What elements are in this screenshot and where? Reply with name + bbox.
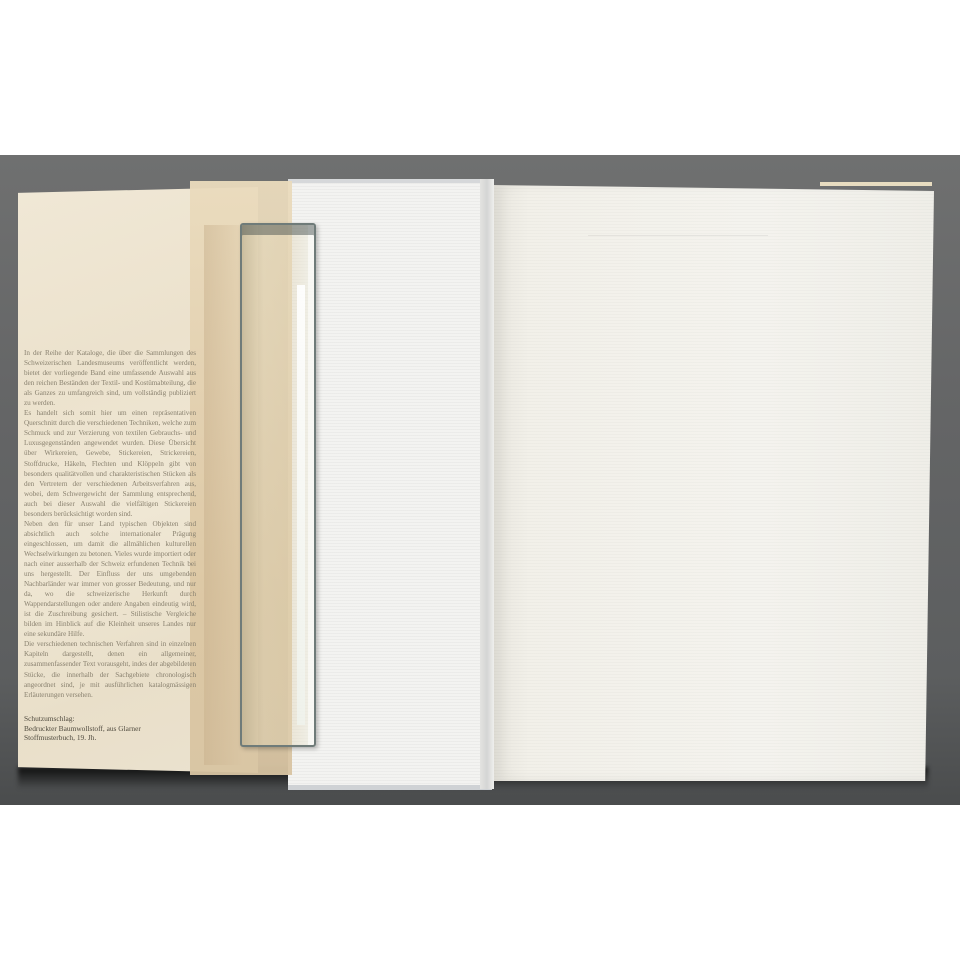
dust-jacket-fold-shade xyxy=(204,225,244,765)
page-edge xyxy=(820,182,932,186)
flap-paragraph: Es handelt sich somit hier um einen repr… xyxy=(24,408,196,519)
caption-line: Bedruckter Baumwollstoff, aus Glarner xyxy=(24,724,194,734)
cover-hinge xyxy=(480,179,494,789)
inside-front-cover xyxy=(288,179,492,790)
glass-ruler-highlight xyxy=(297,285,305,725)
flap-paragraph: Die verschiedenen technischen Verfahren … xyxy=(24,639,196,699)
caption-label: Schutzumschlag: xyxy=(24,714,194,724)
caption-line: Stoffmusterbuch, 19. Jh. xyxy=(24,733,194,743)
endpaper-crease xyxy=(588,235,768,236)
book-photo: In der Reihe der Kataloge, die über die … xyxy=(0,155,960,805)
flap-paragraph: In der Reihe der Kataloge, die über die … xyxy=(24,348,196,408)
flap-caption: Schutzumschlag: Bedruckter Baumwollstoff… xyxy=(24,714,194,743)
flap-paragraph: Neben den für unser Land typischen Objek… xyxy=(24,519,196,640)
blank-right-page xyxy=(494,185,934,781)
flap-description-text: In der Reihe der Kataloge, die über die … xyxy=(24,348,196,700)
